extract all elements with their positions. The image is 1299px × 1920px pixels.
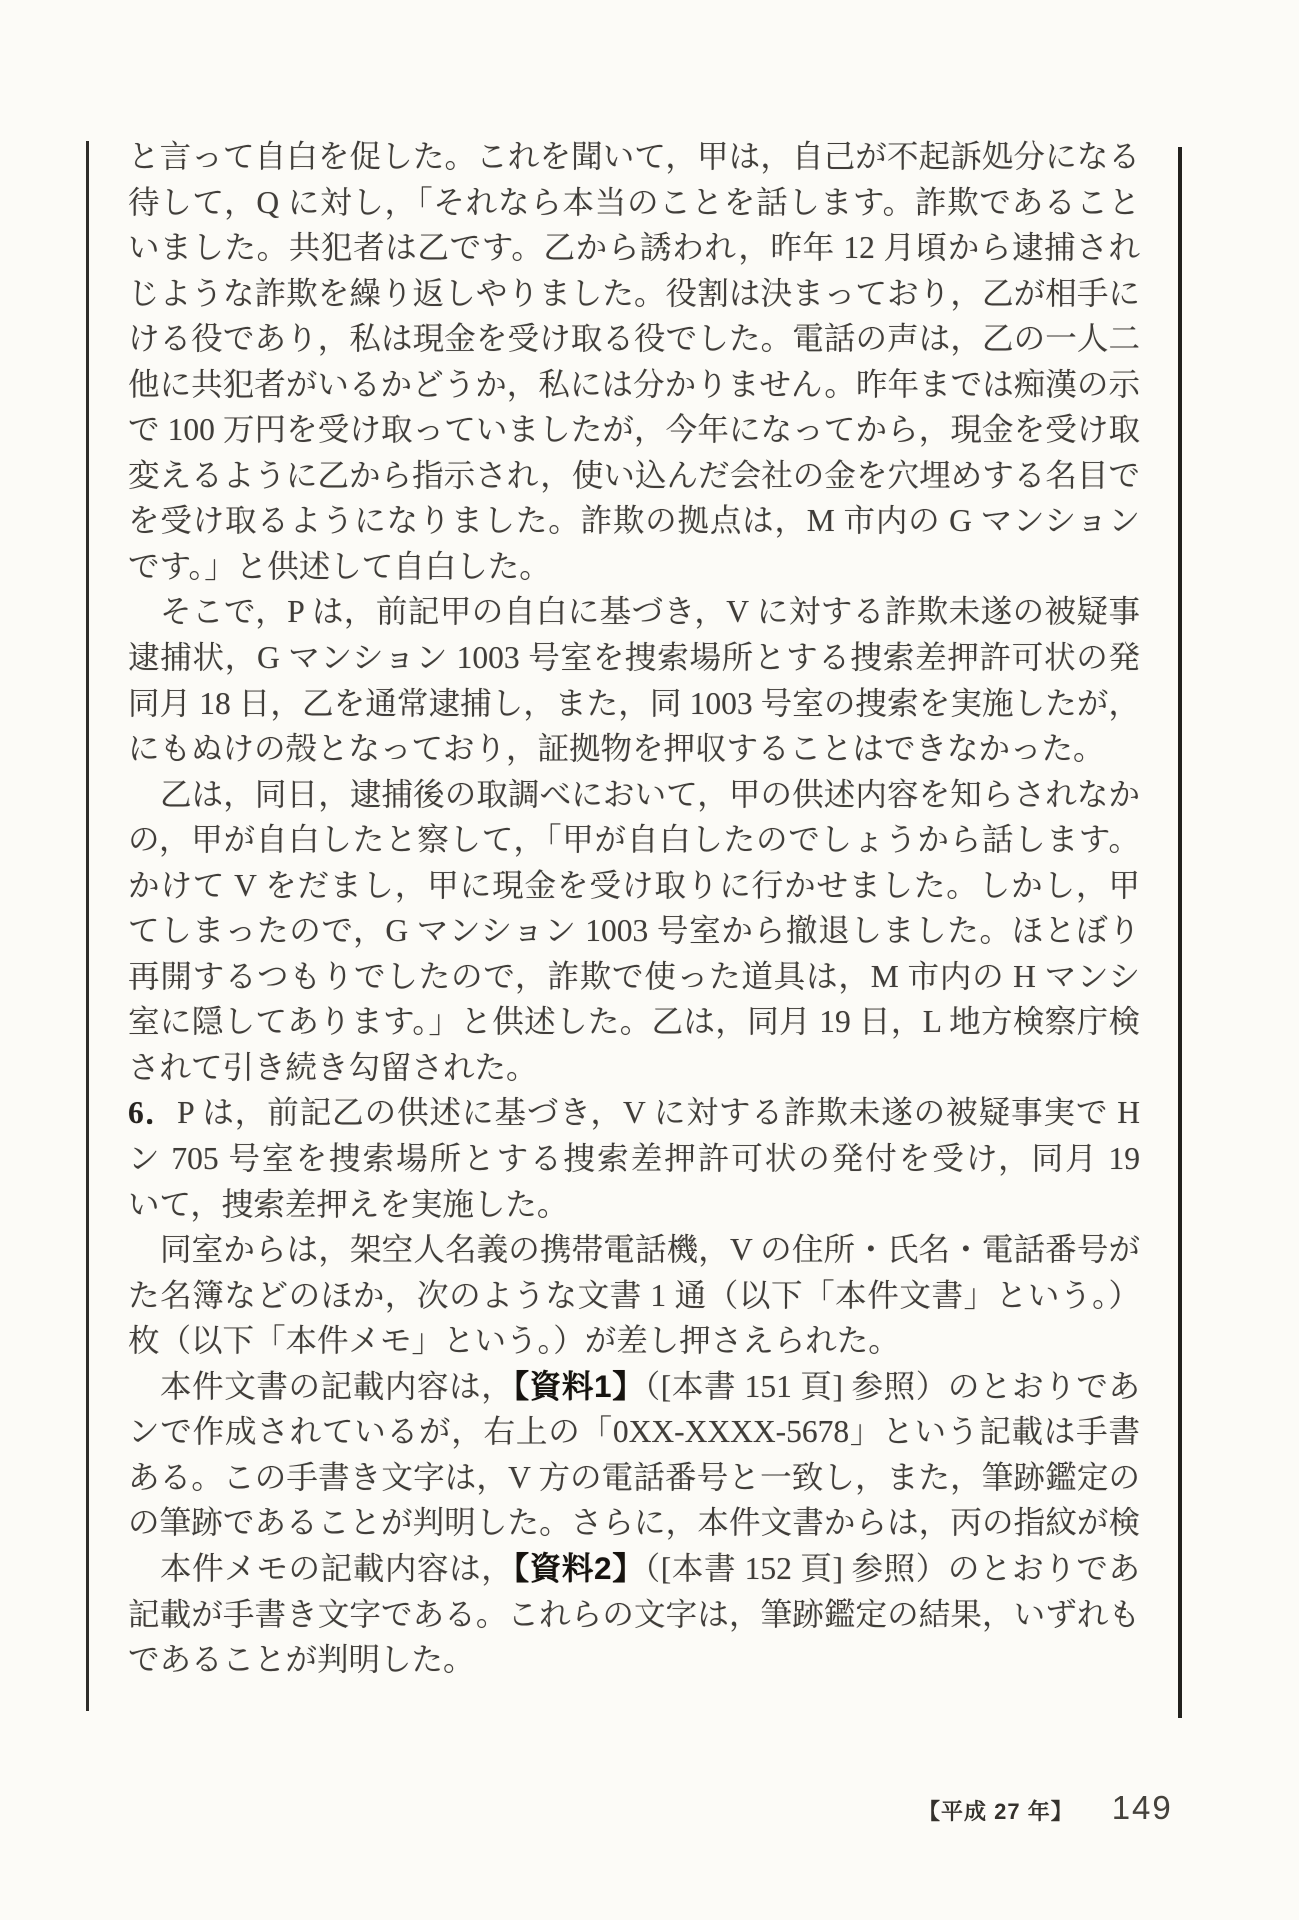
text-run: であることが判明した。	[128, 1642, 475, 1677]
page-footer: 【平成 27 年】 149	[918, 1789, 1173, 1827]
text-run: 本件メモの記載内容は，	[160, 1551, 513, 1586]
text-run: いました。共犯者は乙です。乙から誘われ，昨年 12 月頃から逮捕されるまで，同	[128, 230, 1140, 271]
text-line: 乙は，同日，逮捕後の取調べにおいて，甲の供述内容を知らされなかったもの	[128, 772, 1140, 818]
text-run: ン 705 号室を捜索場所とする捜索差押許可状の発付を受け，同月 19 日，同室…	[128, 1141, 1140, 1182]
era-year-label: 【平成 27 年】	[918, 1795, 1074, 1826]
text-line: にもぬけの殻となっており，証拠物を押収することはできなかった。	[128, 726, 1140, 772]
text-run: されて引き続き勾留された。	[128, 1050, 538, 1085]
text-run: P は，前記乙の供述に基づき，V に対する詐欺未遂の被疑事実で H マンショ	[128, 1095, 1140, 1136]
text-line: 逮捕状，G マンション 1003 号室を捜索場所とする捜索差押許可状の発付を受け…	[128, 635, 1140, 681]
text-run: 変えるように乙から指示され，使い込んだ会社の金を穴埋めする名目で 500 万円	[128, 458, 1140, 499]
text-run: そこで，P は，前記甲の自白に基づき，V に対する詐欺未遂の被疑事実で乙の	[160, 594, 1140, 635]
text-run: です。」と供述して自白した。	[128, 549, 551, 584]
reference-label: 【資料1】	[513, 1368, 644, 1404]
right-margin-rule	[1178, 147, 1182, 1718]
reference-label: 【資料2】	[513, 1550, 644, 1586]
text-line: 他に共犯者がいるかどうか，私には分かりません。昨年までは痴漢の示談金名目	[128, 362, 1140, 408]
text-run: 室に隠してあります。」と供述した。乙は，同月 19 日，L 地方検察庁検察官に送…	[128, 1004, 1140, 1045]
text-line: 待して，Q に対し，「それなら本当のことを話します。詐欺であることは分かって	[128, 180, 1140, 226]
text-run: ける役であり，私は現金を受け取る役でした。電話の声は，乙の一人二役でした。	[128, 321, 1140, 362]
text-run: 同月 18 日，乙を通常逮捕し，また，同 1003 号室の捜索を実施したが，同室…	[128, 686, 1140, 727]
text-line: 変えるように乙から指示され，使い込んだ会社の金を穴埋めする名目で 500 万円	[128, 453, 1140, 499]
text-run: の，甲が自白したと察して，「甲が自白したのでしょうから話します。私が電話を	[128, 822, 1140, 863]
text-run: の筆跡であることが判明した。さらに，本件文書からは，丙の指紋が検出された。	[128, 1505, 1140, 1546]
text-line: ける役であり，私は現金を受け取る役でした。電話の声は，乙の一人二役でした。	[128, 316, 1140, 362]
text-line: た名簿などのほか，次のような文書 1 通（以下「本件文書」という。）及びメモ紙 …	[128, 1273, 1140, 1319]
text-line: 本件文書の記載内容は，【資料1】（[本書 151 頁] 参照）のとおりであり，パ…	[128, 1364, 1140, 1410]
text-run: 枚（以下「本件メモ」という。）が差し押さえられた。	[128, 1323, 900, 1358]
text-run: 他に共犯者がいるかどうか，私には分かりません。昨年までは痴漢の示談金名目	[128, 367, 1140, 408]
text-line: です。」と供述して自白した。	[128, 544, 1140, 590]
text-line: 同室からは，架空人名義の携帯電話機，V の住所・氏名・電話番号が掲載され	[128, 1227, 1140, 1273]
text-line: ン 705 号室を捜索場所とする捜索差押許可状の発付を受け，同月 19 日，同室…	[128, 1136, 1140, 1182]
text-run: 記載が手書き文字である。これらの文字は，筆跡鑑定の結果，いずれも乙の筆跡	[128, 1597, 1140, 1638]
text-line: 枚（以下「本件メモ」という。）が差し押さえられた。	[128, 1318, 1140, 1364]
text-run: を受け取るようになりました。詐欺の拠点は，M 市内の G マンション 1003 …	[128, 503, 1140, 544]
text-run: 乙は，同日，逮捕後の取調べにおいて，甲の供述内容を知らされなかったもの	[160, 777, 1140, 818]
text-run: 同室からは，架空人名義の携帯電話機，V の住所・氏名・電話番号が掲載され	[160, 1232, 1140, 1273]
text-line: そこで，P は，前記甲の自白に基づき，V に対する詐欺未遂の被疑事実で乙の	[128, 589, 1140, 635]
text-line: ンで作成されているが，右上の「0XX-XXXX-5678」という記載は手書き文字…	[128, 1409, 1140, 1455]
text-line: 同月 18 日，乙を通常逮捕し，また，同 1003 号室の捜索を実施したが，同室…	[128, 681, 1140, 727]
text-line: と言って自白を促した。これを聞いて，甲は，自己が不起訴処分になることを期	[128, 134, 1140, 180]
text-run: ある。この手書き文字は，V 方の電話番号と一致し，また，筆跡鑑定の結果，乙	[128, 1460, 1140, 1501]
text-line: ある。この手書き文字は，V 方の電話番号と一致し，また，筆跡鑑定の結果，乙	[128, 1455, 1140, 1501]
text-run: で 100 万円を受け取っていましたが，今年になってから，現金を受け取る名目を	[128, 412, 1140, 453]
text-run: かけて V をだまし，甲に現金を受け取りに行かせました。しかし，甲が逮捕され	[128, 868, 1140, 909]
text-line: 記載が手書き文字である。これらの文字は，筆跡鑑定の結果，いずれも乙の筆跡	[128, 1592, 1140, 1638]
left-margin-rule	[86, 141, 89, 1711]
text-line: いました。共犯者は乙です。乙から誘われ，昨年 12 月頃から逮捕されるまで，同	[128, 225, 1140, 271]
text-run: と言って自白を促した。これを聞いて，甲は，自己が不起訴処分になることを期	[128, 139, 1140, 180]
text-line: を受け取るようになりました。詐欺の拠点は，M 市内の G マンション 1003 …	[128, 498, 1140, 544]
text-line: の筆跡であることが判明した。さらに，本件文書からは，丙の指紋が検出された。	[128, 1500, 1140, 1546]
text-line: てしまったので，G マンション 1003 号室から撤退しました。ほとぼりが冷めた…	[128, 908, 1140, 954]
text-line: 再開するつもりでしたので，詐欺で使った道具は，M 市内の H マンション 705…	[128, 954, 1140, 1000]
text-run: にもぬけの殻となっており，証拠物を押収することはできなかった。	[128, 731, 1105, 766]
text-line: であることが判明した。	[128, 1637, 1140, 1683]
page-number: 149	[1112, 1789, 1173, 1827]
item-number: 6．	[128, 1095, 177, 1130]
body-text: と言って自白を促した。これを聞いて，甲は，自己が不起訴処分になることを期待して，…	[128, 134, 1140, 1683]
text-run: じような詐欺を繰り返しやりました。役割は決まっており，乙が相手に電話をか	[128, 276, 1140, 317]
text-run: 逮捕状，G マンション 1003 号室を捜索場所とする捜索差押許可状の発付を受け…	[128, 640, 1140, 681]
text-run: 本件文書の記載内容は，	[160, 1369, 513, 1404]
text-run: いて，捜索差押えを実施した。	[128, 1187, 568, 1222]
text-line: の，甲が自白したと察して，「甲が自白したのでしょうから話します。私が電話を	[128, 817, 1140, 863]
scanned-document-page: と言って自白を促した。これを聞いて，甲は，自己が不起訴処分になることを期待して，…	[0, 0, 1299, 1920]
text-run: ンで作成されているが，右上の「0XX-XXXX-5678」という記載は手書き文字…	[128, 1414, 1140, 1455]
text-line: 6．P は，前記乙の供述に基づき，V に対する詐欺未遂の被疑事実で H マンショ	[128, 1090, 1140, 1136]
text-line: かけて V をだまし，甲に現金を受け取りに行かせました。しかし，甲が逮捕され	[128, 863, 1140, 909]
text-line: 室に隠してあります。」と供述した。乙は，同月 19 日，L 地方検察庁検察官に送…	[128, 999, 1140, 1045]
text-run: た名簿などのほか，次のような文書 1 通（以下「本件文書」という。）及びメモ紙 …	[128, 1278, 1140, 1319]
text-line: 本件メモの記載内容は，【資料2】（[本書 152 頁] 参照）のとおりであり，全…	[128, 1546, 1140, 1592]
text-line: じような詐欺を繰り返しやりました。役割は決まっており，乙が相手に電話をか	[128, 271, 1140, 317]
text-run: 待して，Q に対し，「それなら本当のことを話します。詐欺であることは分かって	[128, 185, 1140, 226]
text-line: されて引き続き勾留された。	[128, 1045, 1140, 1091]
text-line: で 100 万円を受け取っていましたが，今年になってから，現金を受け取る名目を	[128, 407, 1140, 453]
text-line: いて，捜索差押えを実施した。	[128, 1182, 1140, 1228]
text-run: てしまったので，G マンション 1003 号室から撤退しました。ほとぼりが冷めた…	[128, 913, 1140, 954]
text-run: 再開するつもりでしたので，詐欺で使った道具は，M 市内の H マンション 705…	[128, 959, 1140, 1000]
